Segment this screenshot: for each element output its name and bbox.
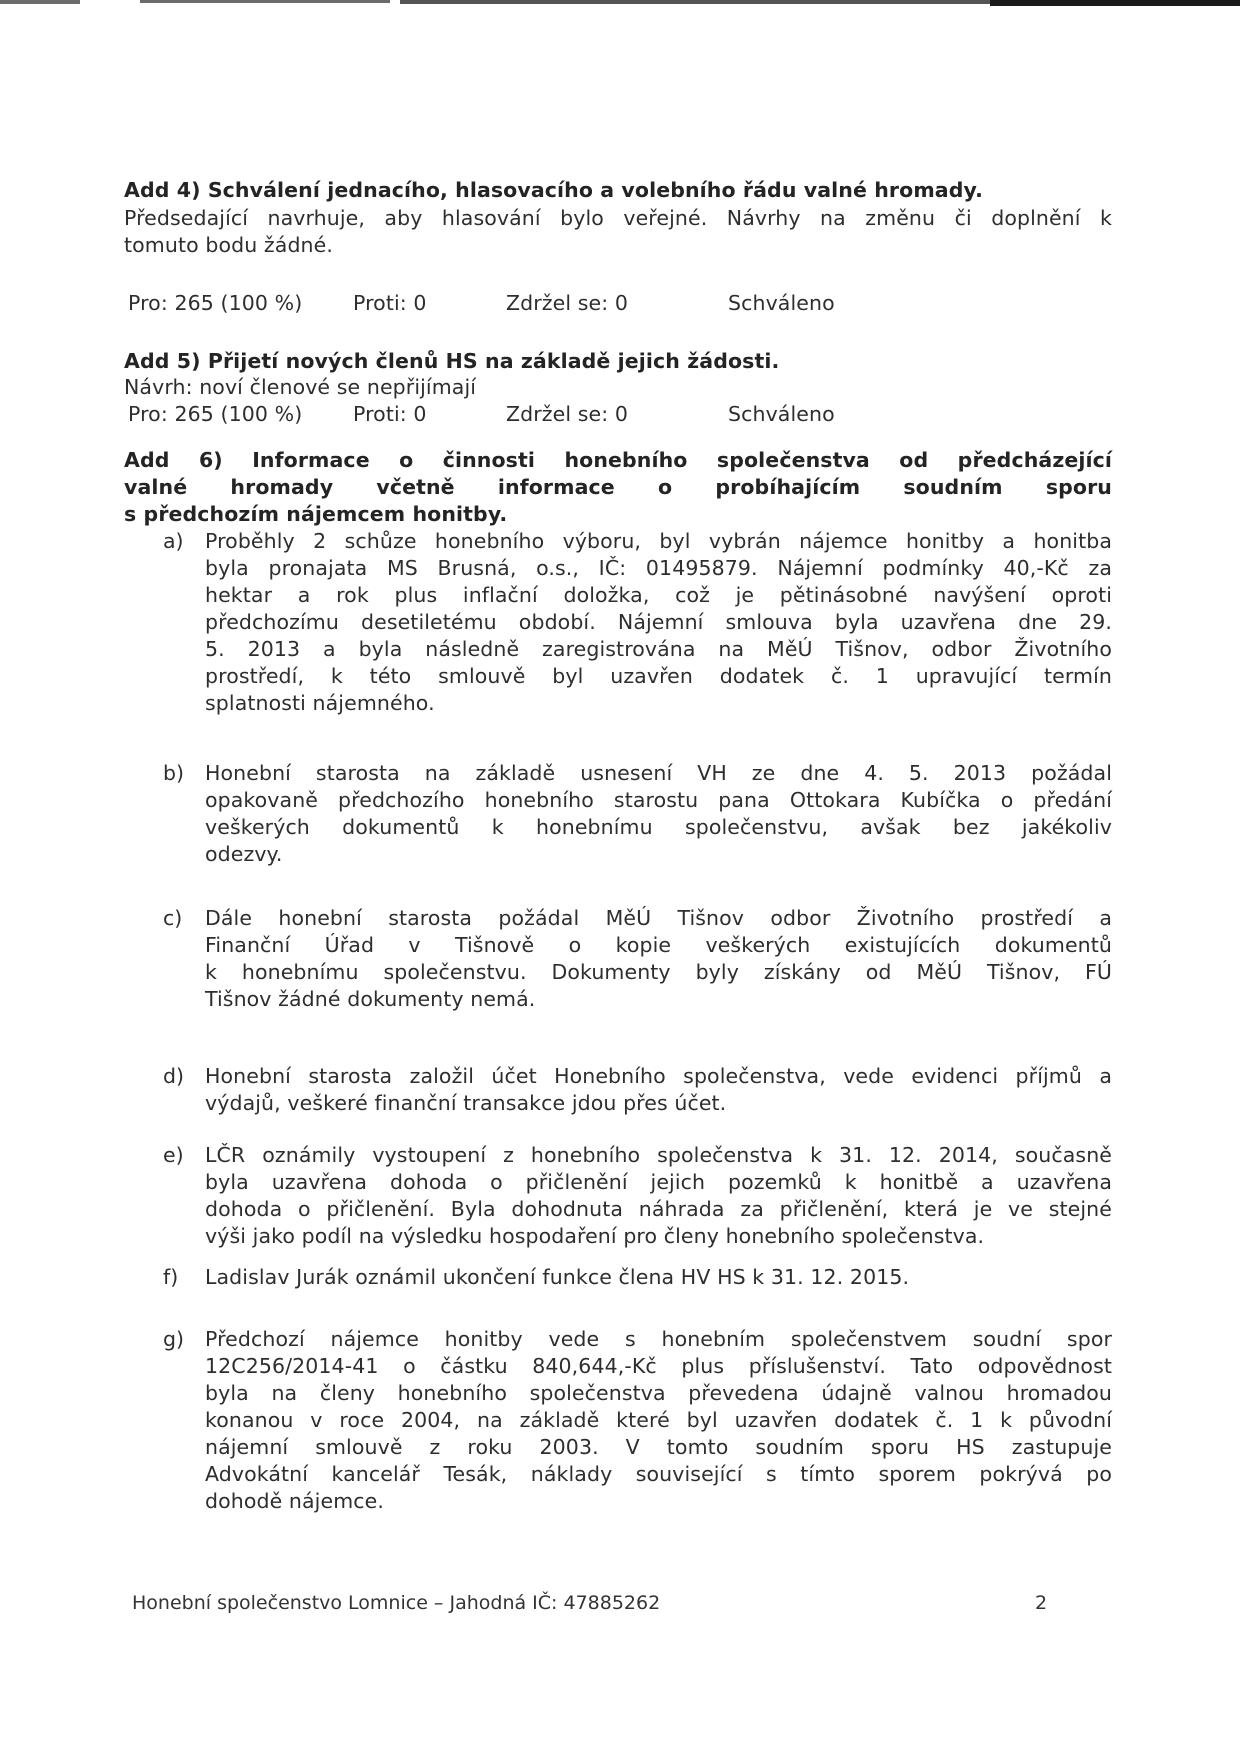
list-item-line: 12C256/2014-41 o částku 840,644,-Kč plus… xyxy=(205,1353,1112,1380)
list-item-line: LČR oznámily vystoupení z honebního spol… xyxy=(205,1142,1112,1169)
list-item-line: odezvy. xyxy=(205,841,1112,868)
list-item-line: Předchozí nájemce honitby vede s honební… xyxy=(205,1326,1112,1353)
list-item-marker: f) xyxy=(163,1264,178,1291)
list-item-marker: b) xyxy=(163,760,184,787)
list-item-line: dohodě nájemce. xyxy=(205,1488,1112,1515)
list-item-line: 5. 2013 a byla následně zaregistrována n… xyxy=(205,636,1112,663)
page-number: 2 xyxy=(1035,1592,1047,1614)
list-item-line: nájemní smlouvě z roku 2003. V tomto sou… xyxy=(205,1434,1112,1461)
list-item-line: veškerých dokumentů k honebnímu společen… xyxy=(205,814,1112,841)
list-item-line: byla pronajata MS Brusná, o.s., IČ: 0149… xyxy=(205,555,1112,582)
section-heading: Add 4) Schválení jednacího, hlasovacího … xyxy=(124,177,983,204)
list-item-line: Dále honební starosta požádal MěÚ Tišnov… xyxy=(205,905,1112,932)
list-item-line: Honební starosta na základě usnesení VH … xyxy=(205,760,1112,787)
list-item-line: konanou v roce 2004, na základě které by… xyxy=(205,1407,1112,1434)
list-item-line: Ladislav Jurák oznámil ukončení funkce č… xyxy=(205,1264,1112,1291)
scan-edge-artifact xyxy=(0,0,80,4)
list-item-marker: e) xyxy=(163,1142,184,1169)
list-item-line: prostředí, k této smlouvě byl uzavřen do… xyxy=(205,663,1112,690)
vote-pro: Pro: 265 (100 %) xyxy=(128,401,302,428)
vote-result: Schváleno xyxy=(728,401,835,428)
list-item-line: Finanční Úřad v Tišnově o kopie veškerýc… xyxy=(205,932,1112,959)
section-body-line: tomuto bodu žádné. xyxy=(124,232,333,259)
footer-organization: Honební společenstvo Lomnice – Jahodná I… xyxy=(132,1592,660,1614)
list-item-marker: g) xyxy=(163,1326,184,1353)
vote-pro: Pro: 265 (100 %) xyxy=(128,290,302,317)
list-item-marker: c) xyxy=(163,905,182,932)
vote-proti: Proti: 0 xyxy=(353,290,427,317)
list-item-line: hektar a rok plus inflační doložka, což … xyxy=(205,582,1112,609)
list-item-marker: d) xyxy=(163,1063,184,1090)
list-item-line: Tišnov žádné dokumenty nemá. xyxy=(205,986,1112,1013)
list-item-line: byla na členy honebního společenstva pře… xyxy=(205,1380,1112,1407)
vote-zdrzel: Zdržel se: 0 xyxy=(506,290,628,317)
section-body-line: Předsedající navrhuje, aby hlasování byl… xyxy=(124,205,1112,232)
list-item-line: splatnosti nájemného. xyxy=(205,690,1112,717)
list-item-line: Proběhly 2 schůze honebního výboru, byl … xyxy=(205,528,1112,555)
section-heading-line: s předchozím nájemcem honitby. xyxy=(124,501,1112,528)
list-item-marker: a) xyxy=(163,528,184,555)
vote-result: Schváleno xyxy=(728,290,835,317)
list-item-line: Advokátní kancelář Tesák, náklady souvis… xyxy=(205,1461,1112,1488)
section-heading-line: Add 6) Informace o činnosti honebního sp… xyxy=(124,447,1112,474)
document-page: Add 4) Schválení jednacího, hlasovacího … xyxy=(0,0,1240,1754)
vote-zdrzel: Zdržel se: 0 xyxy=(506,401,628,428)
list-item-line: výdajů, veškeré finanční transakce jdou … xyxy=(205,1090,1112,1117)
list-item-line: Honební starosta založil účet Honebního … xyxy=(205,1063,1112,1090)
section-body-line: Návrh: noví členové se nepřijímají xyxy=(124,374,476,401)
section-heading: Add 5) Přijetí nových členů HS na základ… xyxy=(124,348,779,375)
list-item-line: dohoda o přičlenění. Byla dohodnuta náhr… xyxy=(205,1196,1112,1223)
vote-proti: Proti: 0 xyxy=(353,401,427,428)
scan-edge-artifact xyxy=(990,0,1240,6)
list-item-line: k honebnímu společenstvu. Dokumenty byly… xyxy=(205,959,1112,986)
list-item-line: předchozímu desetiletému období. Nájemní… xyxy=(205,609,1112,636)
list-item-line: byla uzavřena dohoda o přičlenění jejich… xyxy=(205,1169,1112,1196)
list-item-line: opakovaně předchozího honebního starostu… xyxy=(205,787,1112,814)
section-heading-line: valné hromady včetně informace o probíha… xyxy=(124,474,1112,501)
scan-edge-artifact xyxy=(140,0,390,3)
list-item-line: výši jako podíl na výsledku hospodaření … xyxy=(205,1223,1112,1250)
